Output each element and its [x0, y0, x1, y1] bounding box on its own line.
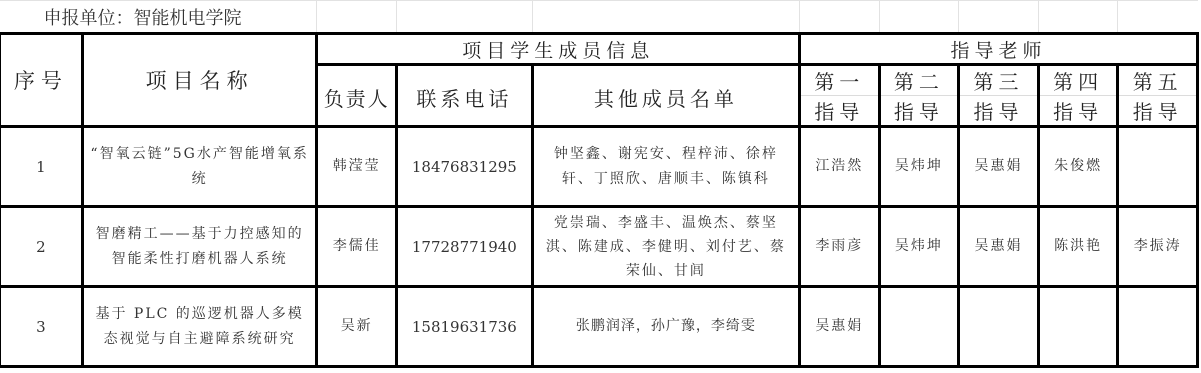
cell-project-name[interactable]: 智磨精工——基于力控感知的智能柔性打磨机器人系统 — [82, 207, 317, 287]
cell-advisor-2[interactable]: 吴炜坤 — [879, 127, 959, 207]
cell-seq[interactable]: 1 — [0, 127, 82, 207]
cell-advisor-3[interactable] — [959, 287, 1039, 367]
cell-project-name[interactable]: 基于 PLC 的巡逻机器人多模态视觉与自主避障系统研究 — [82, 287, 317, 367]
header-advisor-1-bottom: 指导 — [800, 96, 880, 127]
cell-leader[interactable]: 吴新 — [317, 287, 397, 367]
cell-advisor-3[interactable]: 吴惠娟 — [959, 127, 1039, 207]
header-advisor-5-top: 第五 — [1118, 65, 1198, 96]
project-table: 申报单位：智能机电学院 序号 项目名称 项目学生成员信息 指导老师 负责人 联系… — [0, 0, 1199, 368]
header-project-name: 项目名称 — [82, 34, 317, 127]
cell-other-members[interactable]: 钟坚鑫、谢宪安、程梓沛、徐梓轩、丁照欣、唐顺丰、陈镇科 — [532, 127, 799, 207]
empty-cell[interactable] — [1038, 1, 1118, 34]
table-row: 3 基于 PLC 的巡逻机器人多模态视觉与自主避障系统研究 吴新 1581963… — [0, 287, 1198, 367]
header-row-1: 序号 项目名称 项目学生成员信息 指导老师 — [0, 34, 1198, 65]
empty-cell[interactable] — [959, 1, 1039, 34]
cell-advisor-4[interactable] — [1038, 287, 1118, 367]
cell-advisor-4[interactable]: 陈洪艳 — [1038, 207, 1118, 287]
empty-cell[interactable] — [879, 1, 959, 34]
spreadsheet: 申报单位：智能机电学院 序号 项目名称 项目学生成员信息 指导老师 负责人 联系… — [0, 0, 1201, 373]
empty-cell[interactable] — [800, 1, 880, 34]
header-advisor-2-bottom: 指导 — [879, 96, 959, 127]
cell-advisor-2[interactable]: 吴炜坤 — [879, 207, 959, 287]
cell-phone[interactable]: 18476831295 — [396, 127, 532, 207]
cell-advisor-2[interactable] — [879, 287, 959, 367]
cell-leader[interactable]: 韩滢莹 — [317, 127, 397, 207]
empty-cell[interactable] — [532, 1, 799, 34]
header-seq: 序号 — [0, 34, 82, 127]
cell-leader[interactable]: 李儒佳 — [317, 207, 397, 287]
header-student-group: 项目学生成员信息 — [317, 34, 800, 65]
header-advisor-3-bottom: 指导 — [959, 96, 1039, 127]
cell-other-members[interactable]: 张鹏润泽，孙广豫，李绮雯 — [532, 287, 799, 367]
cell-phone[interactable]: 17728771940 — [396, 207, 532, 287]
header-advisor-2-top: 第二 — [879, 65, 959, 96]
empty-cell[interactable] — [1118, 1, 1198, 34]
cell-advisor-4[interactable]: 朱俊燃 — [1038, 127, 1118, 207]
cell-advisor-5[interactable]: 李振涛 — [1118, 207, 1198, 287]
cell-seq[interactable]: 3 — [0, 287, 82, 367]
header-phone: 联系电话 — [396, 65, 532, 127]
header-advisor-4-bottom: 指导 — [1038, 96, 1118, 127]
cell-phone[interactable]: 15819631736 — [396, 287, 532, 367]
cell-advisor-5[interactable] — [1118, 127, 1198, 207]
header-advisor-3-top: 第三 — [959, 65, 1039, 96]
header-other-members: 其他成员名单 — [532, 65, 799, 127]
header-leader: 负责人 — [317, 65, 397, 127]
table-row: 2 智磨精工——基于力控感知的智能柔性打磨机器人系统 李儒佳 177287719… — [0, 207, 1198, 287]
cell-advisor-1[interactable]: 江浩然 — [800, 127, 880, 207]
empty-cell[interactable] — [396, 1, 532, 34]
applicant-unit-label: 申报单位：智能机电学院 — [0, 1, 317, 34]
header-advisor-4-top: 第四 — [1038, 65, 1118, 96]
cell-project-name[interactable]: “智氧云链”5G水产智能增氧系统 — [82, 127, 317, 207]
cell-other-members[interactable]: 党崇瑞、李盛丰、温焕杰、蔡坚淇、陈建成、李健明、刘付艺、蔡荣仙、甘闾 — [532, 207, 799, 287]
cell-advisor-1[interactable]: 李雨彦 — [800, 207, 880, 287]
unit-row: 申报单位：智能机电学院 — [0, 1, 1198, 34]
cell-advisor-5[interactable] — [1118, 287, 1198, 367]
cell-advisor-1[interactable]: 吴惠娟 — [800, 287, 880, 367]
header-advisor-group: 指导老师 — [800, 34, 1198, 65]
empty-cell[interactable] — [317, 1, 397, 34]
header-advisor-1-top: 第一 — [800, 65, 880, 96]
cell-advisor-3[interactable]: 吴惠娟 — [959, 207, 1039, 287]
header-advisor-5-bottom: 指导 — [1118, 96, 1198, 127]
table-row: 1 “智氧云链”5G水产智能增氧系统 韩滢莹 18476831295 钟坚鑫、谢… — [0, 127, 1198, 207]
cell-seq[interactable]: 2 — [0, 207, 82, 287]
